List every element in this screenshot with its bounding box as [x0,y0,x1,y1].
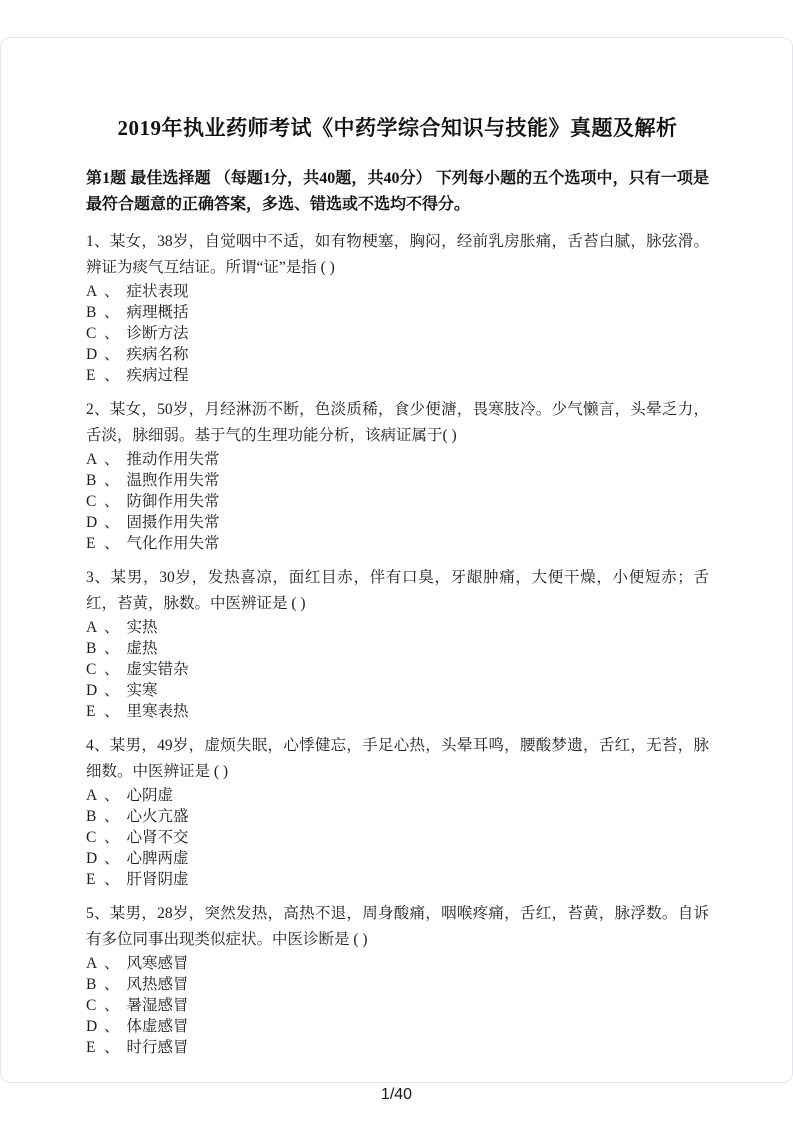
question-block-1: 1、某女，38岁，自觉咽中不适，如有物梗塞，胸闷，经前乳房胀痛，舌苔白腻，脉弦滑… [86,229,709,386]
option-item: E、气化作用失常 [86,533,709,554]
option-text: 虚热 [127,638,158,659]
option-item: B、风热感冒 [86,974,709,995]
option-separator: 、 [104,953,120,974]
option-separator: 、 [104,470,120,491]
option-letter: C [86,995,101,1016]
option-letter: D [86,344,101,365]
option-separator: 、 [104,638,120,659]
option-separator: 、 [104,365,120,386]
option-separator: 、 [104,1016,120,1037]
option-letter: C [86,491,101,512]
option-item: C、暑湿感冒 [86,995,709,1016]
option-text: 里寒表热 [127,701,189,722]
option-letter: A [86,449,101,470]
option-text: 实寒 [127,680,158,701]
option-separator: 、 [104,974,120,995]
option-item: A、实热 [86,617,709,638]
option-separator: 、 [104,617,120,638]
question-stem: 3、某男，30岁，发热喜凉，面红目赤，伴有口臭，牙龈肿痛，大便干燥，小便短赤；舌… [86,565,709,617]
document-page: 2019年执业药师考试《中药学综合知识与技能》真题及解析 第1题 最佳选择题 （… [0,37,793,1083]
option-letter: E [86,701,101,722]
option-letter: E [86,1037,101,1058]
option-letter: E [86,365,101,386]
option-text: 疾病过程 [127,365,189,386]
question-stem: 5、某男，28岁，突然发热，高热不退，周身酸痛，咽喉疼痛，舌红，苔黄，脉浮数。自… [86,901,709,953]
option-letter: E [86,533,101,554]
option-letter: A [86,953,101,974]
option-separator: 、 [104,785,120,806]
option-text: 心火亢盛 [127,806,189,827]
option-separator: 、 [104,806,120,827]
option-letter: D [86,512,101,533]
option-text: 肝肾阴虚 [127,869,189,890]
option-item: A、推动作用失常 [86,449,709,470]
option-separator: 、 [104,701,120,722]
option-separator: 、 [104,680,120,701]
option-text: 固摄作用失常 [127,512,220,533]
option-text: 温煦作用失常 [127,470,220,491]
option-separator: 、 [104,995,120,1016]
option-item: A、心阴虚 [86,785,709,806]
option-separator: 、 [104,1037,120,1058]
option-item: A、症状表现 [86,281,709,302]
question-stem: 2、某女，50岁，月经淋沥不断，色淡质稀，食少便溏，畏寒肢冷。少气懒言，头晕乏力… [86,397,709,449]
option-text: 实热 [127,617,158,638]
option-text: 气化作用失常 [127,533,220,554]
option-separator: 、 [104,848,120,869]
option-item: E、肝肾阴虚 [86,869,709,890]
option-separator: 、 [104,302,120,323]
option-text: 风寒感冒 [127,953,189,974]
option-item: B、温煦作用失常 [86,470,709,491]
options-list: A、风寒感冒 B、风热感冒 C、暑湿感冒 D、体虚感冒 E、时行感冒 [86,953,709,1058]
options-list: A、推动作用失常 B、温煦作用失常 C、防御作用失常 D、固摄作用失常 E、气化… [86,449,709,554]
option-separator: 、 [104,344,120,365]
option-item: D、体虚感冒 [86,1016,709,1037]
option-item: D、实寒 [86,680,709,701]
option-text: 心阴虚 [127,785,174,806]
option-item: B、病理概括 [86,302,709,323]
option-separator: 、 [104,533,120,554]
option-text: 暑湿感冒 [127,995,189,1016]
options-list: A、心阴虚 B、心火亢盛 C、心肾不交 D、心脾两虚 E、肝肾阴虚 [86,785,709,890]
option-item: D、心脾两虚 [86,848,709,869]
question-stem: 1、某女，38岁，自觉咽中不适，如有物梗塞，胸闷，经前乳房胀痛，舌苔白腻，脉弦滑… [86,229,709,281]
option-text: 风热感冒 [127,974,189,995]
section-instructions: 第1题 最佳选择题 （每题1分，共40题，共40分） 下列每小题的五个选项中，只… [86,166,709,218]
option-item: E、里寒表热 [86,701,709,722]
page-number: 1/40 [0,1086,793,1104]
option-separator: 、 [104,323,120,344]
option-text: 虚实错杂 [127,659,189,680]
option-text: 心脾两虚 [127,848,189,869]
document-viewer: 2019年执业药师考试《中药学综合知识与技能》真题及解析 第1题 最佳选择题 （… [0,0,793,1122]
option-letter: B [86,806,101,827]
option-separator: 、 [104,281,120,302]
option-item: C、防御作用失常 [86,491,709,512]
option-separator: 、 [104,449,120,470]
question-stem: 4、某男，49岁，虚烦失眠，心悸健忘，手足心热，头晕耳鸣，腰酸梦遗，舌红，无苔，… [86,733,709,785]
option-letter: D [86,680,101,701]
options-list: A、症状表现 B、病理概括 C、诊断方法 D、疾病名称 E、疾病过程 [86,281,709,386]
option-letter: B [86,974,101,995]
option-item: A、风寒感冒 [86,953,709,974]
option-letter: A [86,785,101,806]
option-letter: B [86,302,101,323]
option-letter: E [86,869,101,890]
option-item: C、虚实错杂 [86,659,709,680]
question-block-2: 2、某女，50岁，月经淋沥不断，色淡质稀，食少便溏，畏寒肢冷。少气懒言，头晕乏力… [86,397,709,554]
option-text: 诊断方法 [127,323,189,344]
options-list: A、实热 B、虚热 C、虚实错杂 D、实寒 E、里寒表热 [86,617,709,722]
option-item: E、时行感冒 [86,1037,709,1058]
option-item: C、心肾不交 [86,827,709,848]
option-separator: 、 [104,827,120,848]
option-separator: 、 [104,869,120,890]
option-letter: A [86,617,101,638]
option-letter: B [86,638,101,659]
option-item: D、固摄作用失常 [86,512,709,533]
option-letter: D [86,848,101,869]
option-item: E、疾病过程 [86,365,709,386]
option-separator: 、 [104,491,120,512]
option-separator: 、 [104,659,120,680]
option-text: 病理概括 [127,302,189,323]
option-text: 防御作用失常 [127,491,220,512]
option-item: B、心火亢盛 [86,806,709,827]
option-letter: C [86,323,101,344]
document-title: 2019年执业药师考试《中药学综合知识与技能》真题及解析 [86,116,709,140]
option-text: 时行感冒 [127,1037,189,1058]
option-letter: C [86,827,101,848]
option-item: B、虚热 [86,638,709,659]
option-item: D、疾病名称 [86,344,709,365]
option-letter: D [86,1016,101,1037]
question-block-5: 5、某男，28岁，突然发热，高热不退，周身酸痛，咽喉疼痛，舌红，苔黄，脉浮数。自… [86,901,709,1058]
option-separator: 、 [104,512,120,533]
question-block-4: 4、某男，49岁，虚烦失眠，心悸健忘，手足心热，头晕耳鸣，腰酸梦遗，舌红，无苔，… [86,733,709,890]
option-item: C、诊断方法 [86,323,709,344]
question-block-3: 3、某男，30岁，发热喜凉，面红目赤，伴有口臭，牙龈肿痛，大便干燥，小便短赤；舌… [86,565,709,722]
option-text: 推动作用失常 [127,449,220,470]
option-letter: C [86,659,101,680]
option-text: 症状表现 [127,281,189,302]
option-text: 心肾不交 [127,827,189,848]
option-letter: B [86,470,101,491]
option-text: 疾病名称 [127,344,189,365]
option-letter: A [86,281,101,302]
page-content: 2019年执业药师考试《中药学综合知识与技能》真题及解析 第1题 最佳选择题 （… [1,38,792,1058]
option-text: 体虚感冒 [127,1016,189,1037]
